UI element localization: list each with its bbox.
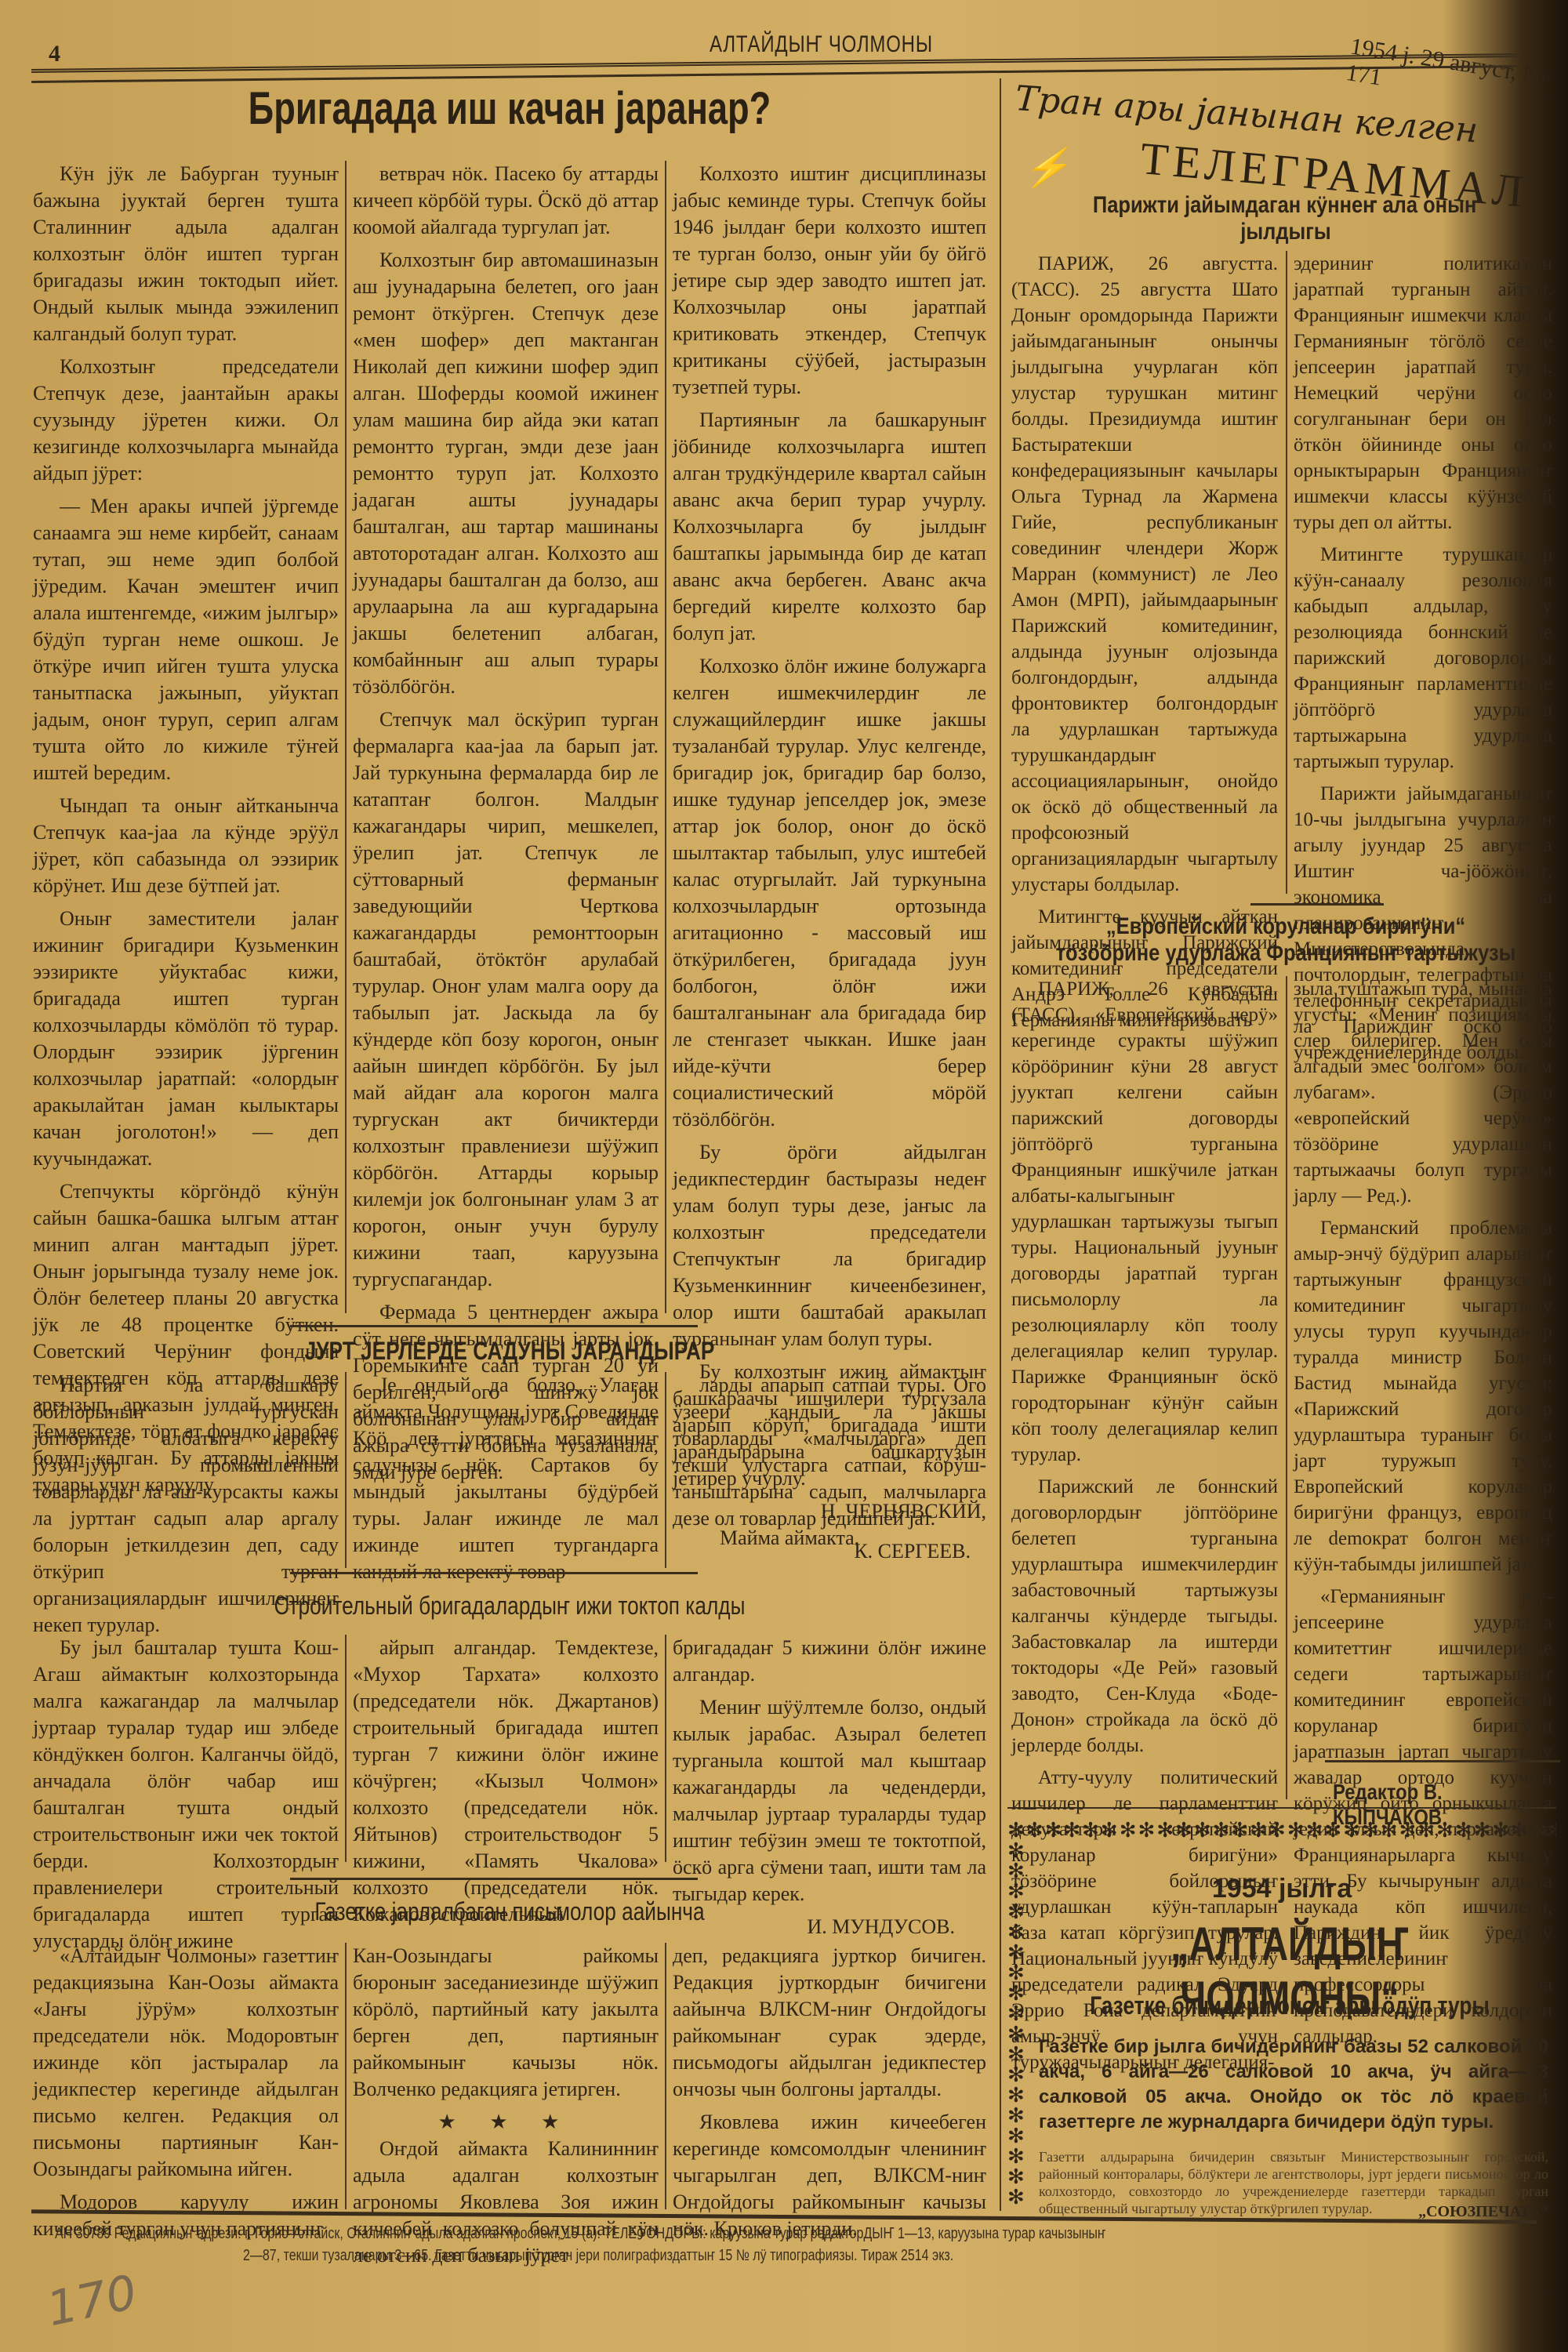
paragraph: ПАРИЖ, 26 августта. (ТАСС). 25 августта … — [1011, 251, 1278, 898]
section-rule — [290, 1572, 698, 1574]
paragraph: ветврач нӧк. Пасеко бу аттарды кичееп кӧ… — [353, 161, 659, 241]
paragraph: Кӱн jӱк ле Бабурган тууныҥ бажына jуукта… — [33, 161, 339, 347]
paragraph: ПАРИЖ, 26 августта. (ТАСС). «Европейский… — [1011, 976, 1278, 1468]
article1-col2: ветврач нӧк. Пасеко бу аттарды кичееп кӧ… — [353, 161, 659, 1492]
article3-col2: айрып алгандар. Темдектезе, «Мухор Тарха… — [353, 1635, 659, 1934]
article3-headline: Строительный бригадалардыҥ ижи токтоп ка… — [130, 1592, 889, 1621]
col-rule — [1286, 251, 1287, 894]
paragraph: Оныҥ заместители jалаҥ ижиниҥ бригадири … — [33, 906, 339, 1172]
article4-col3: деп, редакцияга jурткор бичиген. Редакци… — [673, 1943, 986, 2249]
paragraph: Кан-Оозындагы райкомы бюроныҥ заседаниез… — [353, 1943, 659, 2103]
paragraph: — Мен аракы ичпей jӱргемде санаамга эш н… — [33, 493, 339, 786]
article1-col1: Кӱн jӱк ле Бабурган тууныҥ бажына jуукта… — [33, 161, 339, 1504]
section-stars: ★ ★ ★ — [353, 2109, 659, 2136]
asterisk-border-icon: ✻✻✻✻✻✻✻✻✻✻✻✻✻✻✻✻✻✻✻✻✻✻✻✻✻✻✻✻✻✻✻✻✻✻✻✻ — [1007, 1819, 1556, 1842]
section-rule — [290, 1878, 698, 1880]
article2-headline: JУРТ JЕРЛЕРДЕ САДУНЫ JАРАНДЫРАР — [130, 1337, 889, 1366]
paragraph: Митингте турушкандар кӱӱн-санаалу резолю… — [1294, 542, 1552, 775]
col-rule — [665, 1943, 666, 2209]
author-signature: К. СЕРГЕЕВ. — [673, 1538, 986, 1565]
paragraph: зыла туштажып тура, мынайда угусты: «Мен… — [1294, 976, 1552, 1209]
article2-col2: Jе ондый да болзо, Улаган аймакта Чолушм… — [353, 1372, 659, 1592]
imprint-line1: АН 30789 Редакцияныҥ адрези: г. Горно-Ал… — [55, 2223, 1247, 2245]
imprint-line2: 2—87, текши тузаланары 3—65. Газетти чыг… — [55, 2245, 1247, 2267]
paragraph: бригададаҥ 5 кижини ӧлӧҥ ижине алгандар. — [673, 1635, 986, 1688]
article1-headline: Бригадада иш качан jаранар? — [149, 82, 870, 135]
paragraph: Колхозко ӧлӧҥ ижине болужарга келген ишм… — [673, 653, 986, 1133]
paragraph: Колхозтыҥ бир автомашиназын аш jуунадары… — [353, 247, 659, 700]
col-rule — [665, 161, 666, 1313]
article4-col1: «Алтайдыҥ Чолмоны» газеттиҥ редакциязына… — [33, 1943, 339, 2249]
article3-col3: бригададаҥ 5 кижини ӧлӧҥ ижине алгандар.… — [673, 1635, 986, 1940]
paragraph: эдериниҥ политиказын jаратпай турганын а… — [1294, 251, 1552, 535]
paragraph: Парижский ле боннский договорлордыҥ jӧпт… — [1011, 1474, 1278, 1759]
paragraph: Степчук мал ӧскӱрип турган фермаларга ка… — [353, 706, 659, 1293]
section-rule — [290, 1325, 698, 1327]
col-rule — [1286, 976, 1287, 1799]
advert-signoff: „СОЮЗПЕЧАТЬ“ — [1418, 2203, 1548, 2221]
imprint: АН 30789 Редакцияныҥ адрези: г. Горно-Ал… — [55, 2223, 1247, 2267]
paragraph: Jе ондый да болзо, Улаган аймакта Чолушм… — [353, 1372, 659, 1585]
paragraph: Партияныҥ ла башкаруныҥ jӧбиниде колхозч… — [673, 407, 986, 647]
article2-col3: ларды апарып сатпай туры. Ого ӱзеери кан… — [673, 1372, 986, 1565]
col-rule — [345, 161, 347, 1313]
advert-year: 1954 jылга — [1007, 1874, 1556, 1904]
paragraph: Чындап та оныҥ айтканынча Степчук каа-jа… — [33, 793, 339, 899]
handwritten-note: 170 — [42, 2265, 142, 2337]
paragraph: «Алтайдыҥ Чолмоны» газеттиҥ редакциязына… — [33, 1943, 339, 2183]
paragraph: Колхозтыҥ председатели Степчук дезе, jаа… — [33, 354, 339, 487]
telegram2-headline: „Европейский коруланар бириг­ӱни“ тӧзӧӧр… — [1053, 913, 1519, 967]
editor-rule — [1325, 1760, 1560, 1762]
paragraph: Бу ӧрӧги айдылган jедикпестердиҥ бастыра… — [673, 1139, 986, 1352]
paragraph: Мениҥ шӱӱлтемле болзо, ондый кылык jараб… — [673, 1694, 986, 1907]
col-rule — [665, 1372, 666, 1568]
telegram1-headline: Парижти jайымдаган кӱннеҥ ала оныҥ jылды… — [1053, 192, 1519, 245]
col-rule — [345, 1372, 347, 1568]
paragraph: айрып алгандар. Темдектезе, «Мухор Тарха… — [353, 1635, 659, 1928]
advert-top-rule — [1007, 1807, 1556, 1809]
lightning-icon: ⚡ — [1023, 145, 1070, 190]
col-rule — [665, 1635, 666, 1862]
newspaper-title: АЛТАЙДЫҤ ЧОЛМОНЫ — [710, 31, 933, 58]
page-number: 4 — [49, 41, 60, 67]
subscription-advert: ✻✻✻✻✻✻✻✻✻✻✻✻✻✻✻✻✻✻✻✻✻✻✻✻✻✻✻✻✻✻✻✻✻✻✻✻ ✻ ✻… — [1007, 1819, 1556, 2211]
col-rule — [345, 1943, 347, 2209]
advert-body: Газетке бир jылга бичидериниҥ баазы 52 с… — [1039, 2034, 1548, 2135]
paragraph: деп, редакцияга jурткор бичиген. Редакци… — [673, 1943, 986, 2103]
section-rule — [1250, 903, 1384, 906]
paragraph: ларды апарып сатпай туры. Ого ӱзеери кан… — [673, 1372, 986, 1532]
paragraph: Колхозто иштиҥ дисциплиназы jабыс кеминд… — [673, 161, 986, 401]
col-rule — [345, 1635, 347, 1862]
paragraph: Германский проблеманы амыр-энчӱ бӱдӱрип … — [1294, 1215, 1552, 1577]
advert-subtitle: Газетке бичидери оноҥ ары ӧдӱп туры — [1077, 1991, 1501, 2020]
column-divider — [1000, 78, 1001, 2211]
article4-headline: Газетке jарлалбаган письмолор аайынча — [130, 1897, 889, 1926]
newspaper-page: 4 АЛТАЙДЫҤ ЧОЛМОНЫ 1954 j. 29 август, № … — [0, 0, 1568, 2352]
